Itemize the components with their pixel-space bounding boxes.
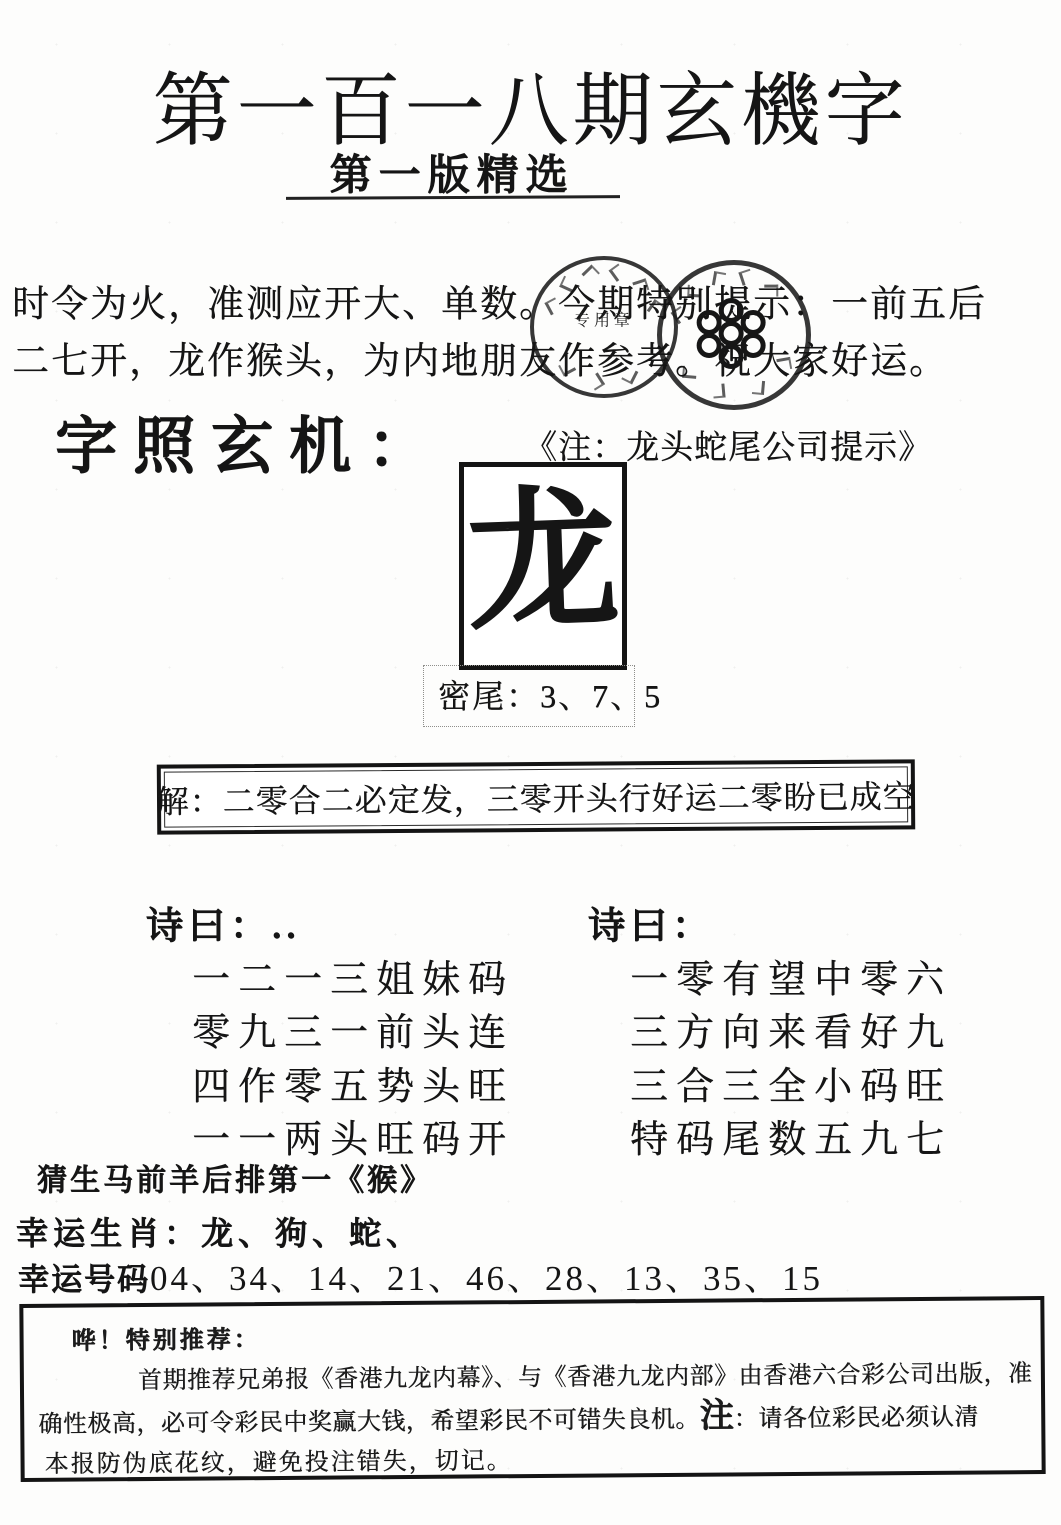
company-note: 《注：龙头蛇尾公司提示》 xyxy=(524,421,932,468)
zodiac-guess-line: 猜生马前羊后排第一《猴》 xyxy=(37,1155,433,1199)
stamp-center-text: 专用章 xyxy=(574,307,634,330)
poem-header-right: 诗曰： xyxy=(588,895,714,949)
stamp-rim-mark xyxy=(712,384,725,399)
special-recommendation-box: 哗！特别推荐： 首期推荐兄弟报《香港九龙内幕》、与《香港九龙内部》由香港六合彩公… xyxy=(19,1296,1045,1482)
seal-circle xyxy=(741,310,766,335)
stamp-rim-mark xyxy=(712,271,726,287)
poem-left-line: 四作零五势头旺 xyxy=(192,1055,514,1110)
mystery-heading: 字照玄机： xyxy=(55,396,445,485)
stamp-rim-mark xyxy=(559,276,577,293)
scanned-lottery-tip-sheet: 第一百一八期玄機字 第一版精选 时令为火，准测应开大、单数。今期特别提示：一前五… xyxy=(0,0,1061,1525)
notice-line-4: 本报防伪底花纹，避免投注错失，切记。 xyxy=(38,1437,1027,1485)
round-stamp-right xyxy=(657,260,811,410)
notice-line-3-after: ：请各位彩民必须认清 xyxy=(734,1404,979,1432)
poem-right-line: 三合三全小码旺 xyxy=(630,1055,952,1110)
stamp-rim-mark xyxy=(764,285,778,297)
intro-paragraph: 时令为火，准测应开大、单数。今期特别提示：一前五后 二七开，龙作猴头，为内地朋友… xyxy=(12,276,1022,390)
stamp-seal-flower xyxy=(699,300,767,370)
lucky-zodiac-line: 幸运生肖：龙、狗、蛇、 xyxy=(16,1208,423,1254)
lucky-numbers-label: 幸运号码 xyxy=(18,1262,150,1297)
mystery-character-box: 龙 xyxy=(459,462,627,670)
poem-left-line: 一二一三姐妹码 xyxy=(192,948,514,1003)
notice-note-char: 注 xyxy=(700,1397,734,1434)
mystery-character: 龙 xyxy=(464,483,621,640)
seal-circle xyxy=(719,321,744,346)
page-subtitle-wrap: 第一版精选 xyxy=(329,142,574,202)
stamp-rim-mark xyxy=(687,285,702,298)
poem-right-line: 三方向来看好九 xyxy=(630,1001,952,1056)
secret-tail-line: 密尾：3、7、5 xyxy=(423,665,635,727)
stamp-rim-mark xyxy=(738,269,754,286)
page-subtitle: 第一版精选 xyxy=(329,153,574,199)
notice-line-3: 确性极高，必可令彩民中奖赢大钱，希望彩民不可错失良机。注：请各位彩民必须认清 xyxy=(38,1394,1027,1445)
stamp-rim-mark xyxy=(558,359,576,376)
poem-header-left: 诗曰：.. xyxy=(146,895,301,949)
seal-circle xyxy=(697,333,722,358)
stamp-rim-mark xyxy=(588,372,606,390)
solution-text: 解：二零合二必定发，三零开头行好运二零盼已成空 xyxy=(164,766,908,827)
stamp-rim-mark xyxy=(752,380,765,395)
stamp-rim-mark xyxy=(621,367,638,385)
stamp-rim-mark xyxy=(632,278,649,294)
stamp-rim-mark xyxy=(544,297,561,315)
poem-right-line: 特码尾数五九七 xyxy=(630,1108,952,1163)
intro-line-2: 二七开，龙作猴头，为内地朋友作参考。祝大家好运。 xyxy=(12,333,1022,390)
stamp-rim-mark xyxy=(682,366,697,379)
lucky-numbers-line: 幸运号码04、34、14、21、46、28、13、35、15 xyxy=(18,1251,823,1301)
notice-line-3-before: 确性极高，必可令彩民中奖赢大钱，希望彩民不可错失良机。 xyxy=(38,1407,700,1438)
intro-line-1: 时令为火，准测应开大、单数。今期特别提示：一前五后 xyxy=(12,276,1022,333)
round-stamp-left: 专用章 xyxy=(530,256,678,398)
solution-box: 解：二零合二必定发，三零开头行好运二零盼已成空 xyxy=(157,759,915,834)
stamp-rim-mark xyxy=(671,306,689,324)
stamp-rim-mark xyxy=(609,263,627,281)
seal-circle xyxy=(719,344,744,369)
stamp-rim-mark xyxy=(776,357,792,371)
lucky-numbers-value: 04、34、14、21、46、28、13、35、15 xyxy=(150,1259,823,1298)
poem-right-line: 一零有望中零六 xyxy=(630,948,952,1003)
poem-left-line: 零九三一前头连 xyxy=(192,1001,514,1056)
stamp-rim-mark xyxy=(581,264,599,282)
seal-circle xyxy=(741,333,766,358)
